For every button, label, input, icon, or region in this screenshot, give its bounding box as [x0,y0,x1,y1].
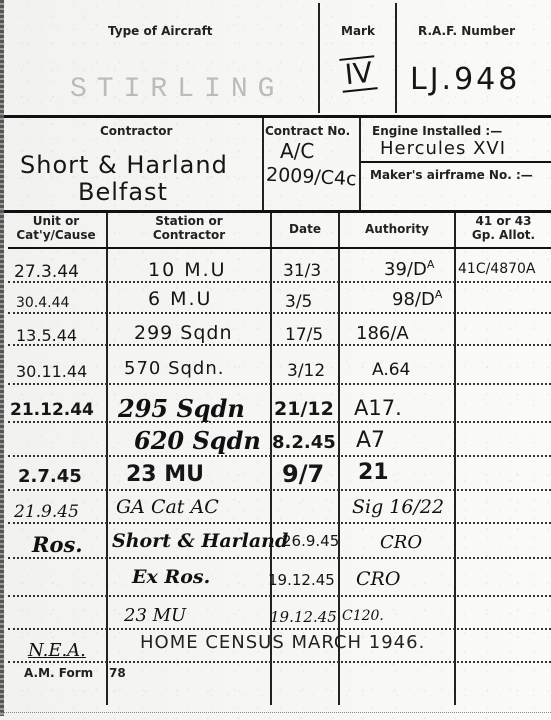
divider-contract-right [359,118,361,210]
row-2-authority: 186/A [356,323,409,344]
row-line [8,489,551,491]
column-header-allot: 41 or 43 Gp. Allot. [456,214,551,242]
row-2-unit: 13.5.44 [16,326,77,345]
row-8-date: 26.9.45 [282,532,339,550]
row-line [8,455,551,457]
type-of-aircraft-value: STIRLING [70,74,284,105]
row-2-date: 17/5 [285,325,323,345]
contract-rule [4,210,551,213]
divider-mark-left [318,3,320,113]
row-6-unit: 2.7.45 [18,466,82,487]
home-census-stamp: HOME CENSUS MARCH 1946. [140,632,425,653]
row-1-unit: 30.4.44 [16,295,69,311]
divider-contract-left [262,118,264,210]
aircraft-movement-card: Type of Aircraft STIRLING Mark IV R.A.F.… [0,0,551,720]
row-7-authority: Sig 16/22 [352,496,444,518]
col-divider-4 [454,213,456,705]
row-8-unit: Ros. [32,532,83,557]
mark-label: Mark [341,24,375,38]
row-0-allot: 41C/4870A [458,261,536,277]
row-8-station: Short & Harland [112,530,288,552]
row-4-station: 295 Sqdn [118,394,245,423]
scan-edge [0,0,4,716]
row-3-date: 3/12 [287,361,325,381]
row-3-unit: 30.11.44 [16,362,87,381]
row-line [8,661,551,663]
row-4-date: 21/12 [274,398,334,420]
form-number: 78 [109,666,126,680]
row-0-station: 10 M.U [148,259,227,281]
row-9-date: 19.12.45 [268,571,335,589]
bottom-edge [0,712,551,713]
contract-no-label: Contract No. [265,124,350,138]
engine-installed-label: Engine Installed :— [372,124,502,138]
row-line [8,383,551,385]
contract-no-line2: 2009/C4c [265,164,357,191]
row-line [8,557,551,559]
row-1-date: 3/5 [285,292,312,312]
row-2-station: 299 Sqdn [134,322,233,344]
contract-no-line1: A/C [280,139,314,163]
row-3-station: 570 Sqdn. [124,358,225,379]
contractor-value-line2: Belfast [78,178,168,206]
row-4-unit: 21.12.44 [10,400,94,420]
row-10-date: 19.12.45 [270,608,337,626]
column-header-unit: Unit or Cat'y/Cause [6,214,106,242]
row-line [8,344,551,346]
row-6-authority: 21 [358,460,389,485]
row-line [8,281,551,283]
row-0-date: 31/3 [283,261,321,281]
row-line [8,421,551,423]
table-header-rule [8,247,551,249]
row-4-authority: A17. [354,396,402,420]
row-line [8,595,551,597]
row-5-date: 8.2.45 [272,432,336,453]
row-line [8,312,551,314]
row-0-authority: 39/DA [384,258,434,280]
engine-installed-value: Hercules XVI [380,138,506,159]
row-6-date: 9/7 [282,460,324,488]
makers-airframe-label: Maker's airframe No. :— [370,168,533,182]
type-of-aircraft-label: Type of Aircraft [108,24,213,38]
column-header-authority: Authority [340,222,454,236]
raf-number-label: R.A.F. Number [418,24,515,38]
col-divider-1 [106,213,108,705]
row-11-unit: N.E.A. [28,640,86,661]
row-10-authority: C120. [342,608,384,624]
contractor-label: Contractor [100,124,172,138]
row-7-station: GA Cat AC [116,496,219,518]
mark-value: IV [339,55,378,93]
row-6-station: 23 MU [126,462,204,487]
row-1-station: 6 M.U [148,288,212,310]
column-header-station: Station or Contractor [108,214,270,242]
header-rule [4,115,551,118]
row-line [8,522,551,524]
row-0-unit: 27.3.44 [14,262,79,282]
divider-mark-right [395,3,397,113]
contractor-value-line1: Short & Harland [20,151,228,179]
row-line [8,628,551,630]
row-8-authority: CRO [380,532,422,553]
row-5-authority: A7 [356,428,385,453]
raf-number-value: LJ.948 [410,62,520,97]
row-9-authority: CRO [356,568,400,590]
row-1-authority: 98/DA [392,288,442,310]
column-header-date: Date [272,222,338,236]
row-10-station: 23 MU [124,605,186,626]
engine-rule [361,161,551,163]
row-5-station: 620 Sqdn [134,426,261,455]
row-3-authority: A.64 [372,360,410,380]
form-name: A.M. Form [24,666,93,680]
row-7-unit: 21.9.45 [14,502,79,522]
row-9-station: Ex Ros. [132,566,210,588]
